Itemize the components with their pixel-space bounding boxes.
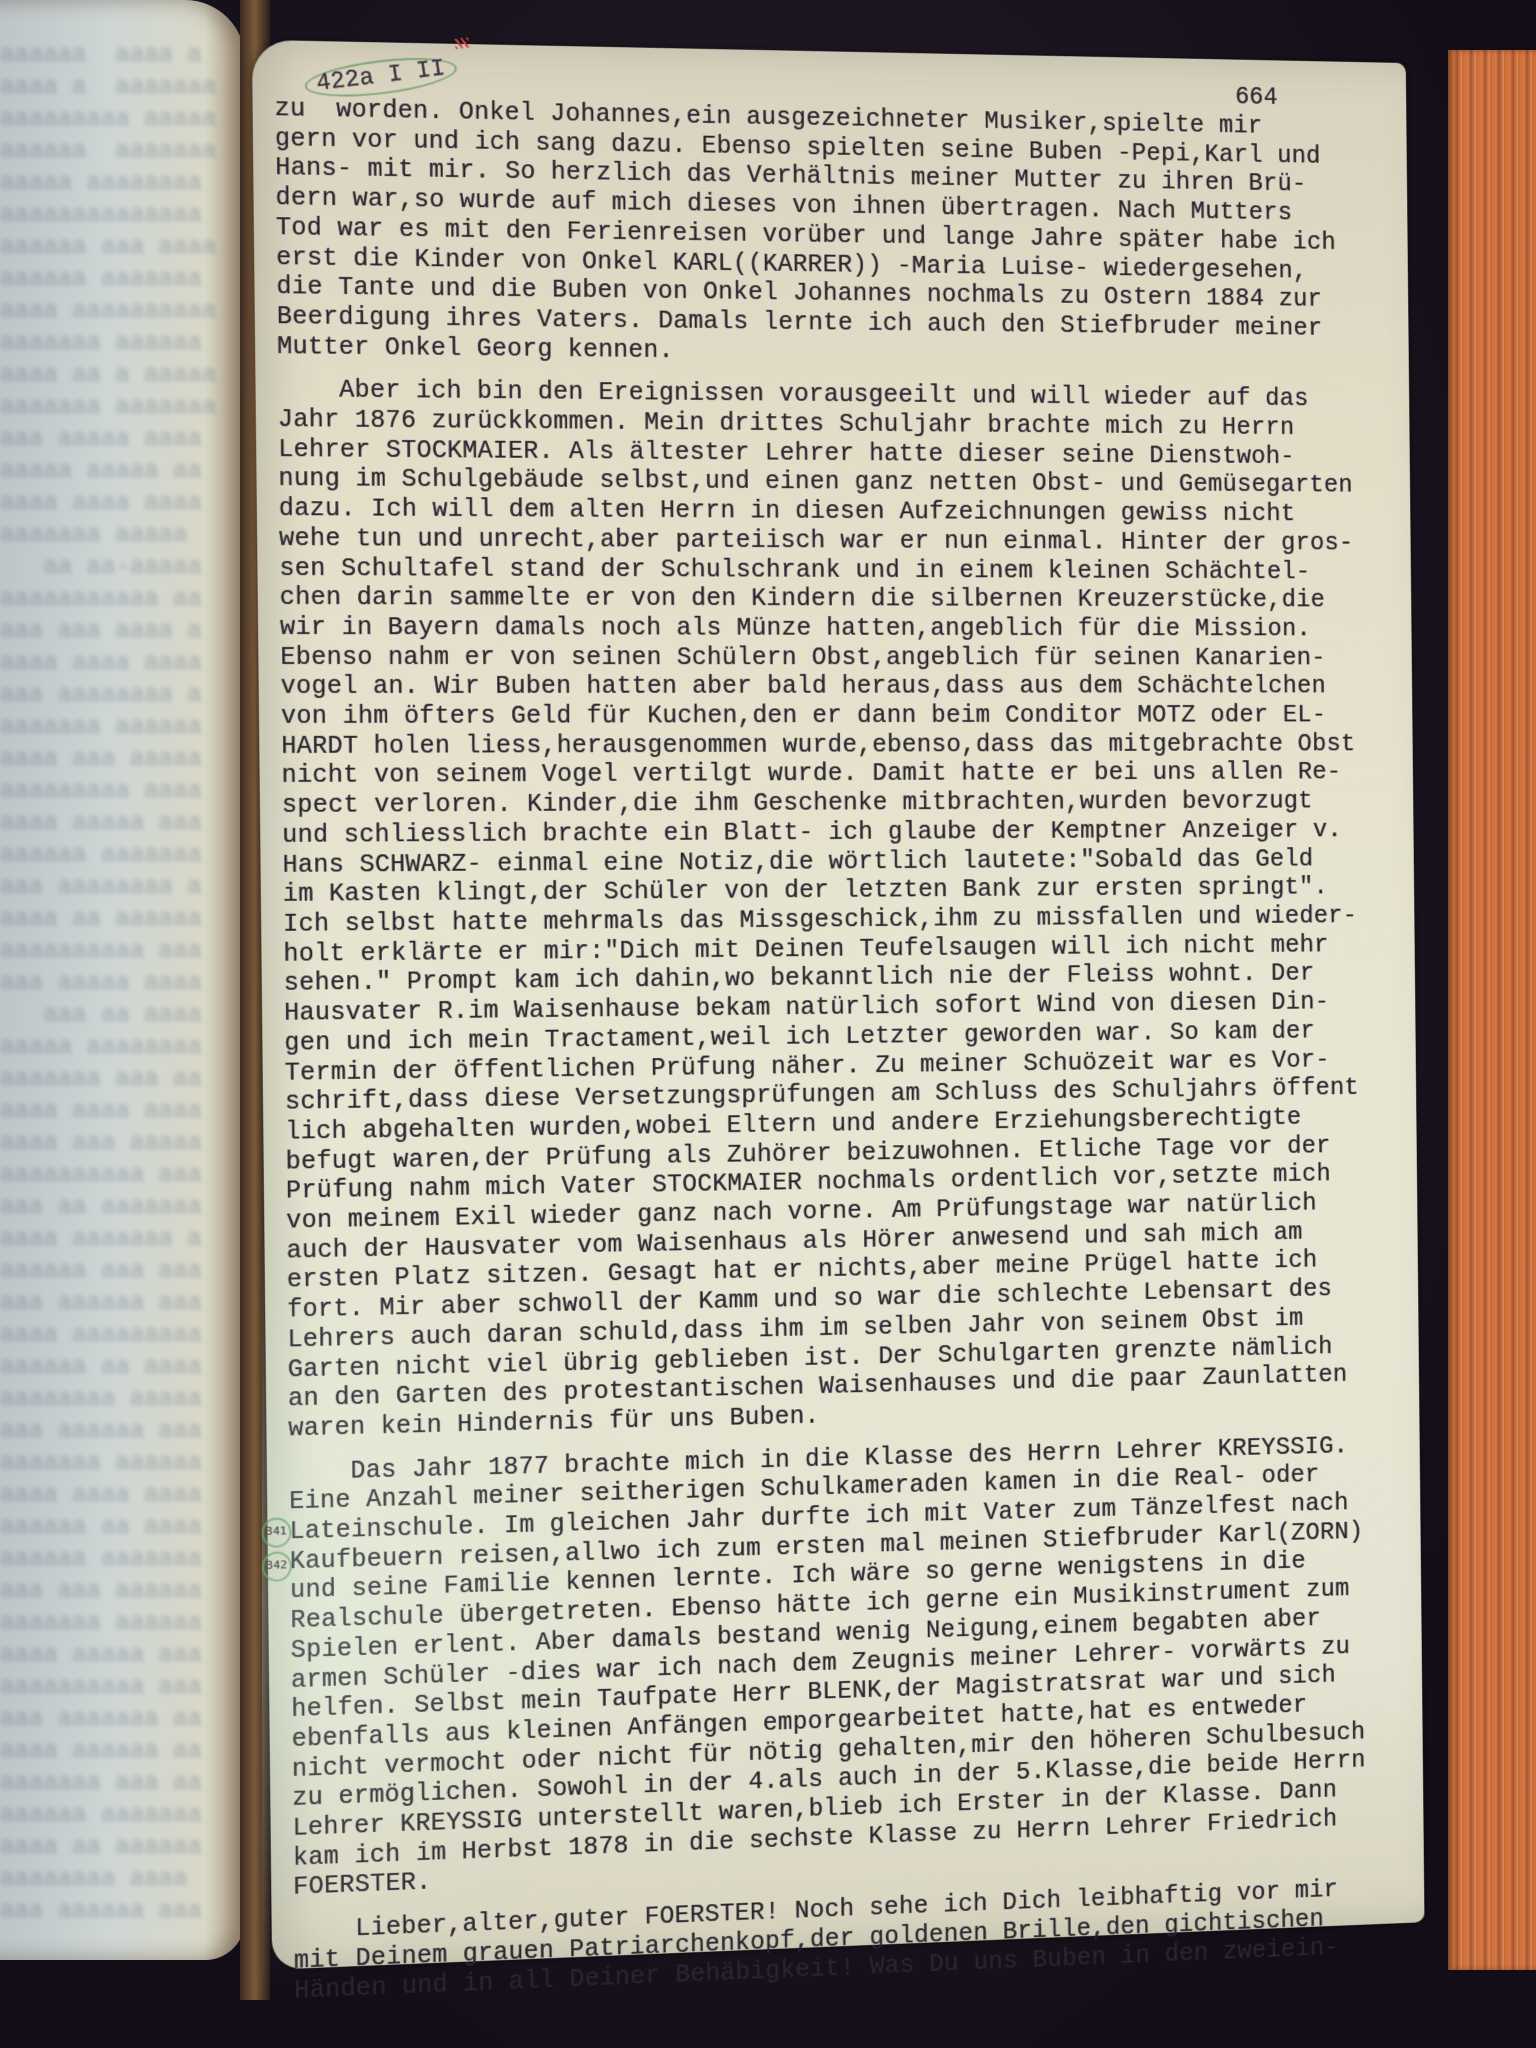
reference-annotation: 422a I II xyxy=(302,51,459,103)
text-line: sen Schultafel stand der Schulschrank un… xyxy=(279,554,1403,587)
typewritten-text: 422a I II 664 zu worden. Onkel Johannes,… xyxy=(274,60,1417,2006)
left-page: aaaaaa aaaa a aaaa a aaaaaaa aaaaaaaaa a… xyxy=(0,0,245,1960)
paragraph: 341342 Das Jahr 1877 brachte mich in die… xyxy=(289,1430,1417,1903)
text-line: wir in Bayern damals noch als Münze hatt… xyxy=(280,613,1404,644)
margin-annotation-mark: 341 xyxy=(261,1517,291,1548)
margin-annotation-mark: 342 xyxy=(262,1551,292,1582)
text-line: HARDT holen liess,herausgenommen wurde,e… xyxy=(281,730,1405,762)
text-line: wehe tun und unrecht,aber parteiisch war… xyxy=(279,524,1403,558)
text-line: vogel an. Wir Buben hatten aber bald her… xyxy=(280,672,1404,702)
text-line: von ihm öfters Geld für Kuchen,den er da… xyxy=(281,701,1405,732)
margin-annotations: 341342 xyxy=(261,1517,292,1586)
text-line: chen darin sammelte er von den Kindern d… xyxy=(280,583,1404,615)
paragraph: Aber ich bin den Ereignissen vorausgeeil… xyxy=(277,375,1412,1444)
paragraph: zu worden. Onkel Johannes,ein ausgezeich… xyxy=(274,94,1401,372)
right-page: 422a I II 664 zu worden. Onkel Johannes,… xyxy=(252,40,1425,1970)
page-edges xyxy=(1448,50,1536,1970)
text-line: nicht von seinem Vogel vertilgt wurde. D… xyxy=(281,758,1405,791)
paragraphs: zu worden. Onkel Johannes,ein ausgezeich… xyxy=(274,94,1417,2006)
text-line: Ebenso nahm er von seinen Schülern Obst,… xyxy=(280,643,1404,673)
left-page-bleed-text: aaaaaa aaaa a aaaa a aaaaaaa aaaaaaaaa a… xyxy=(0,40,230,1928)
page-number: 664 xyxy=(1235,83,1278,113)
